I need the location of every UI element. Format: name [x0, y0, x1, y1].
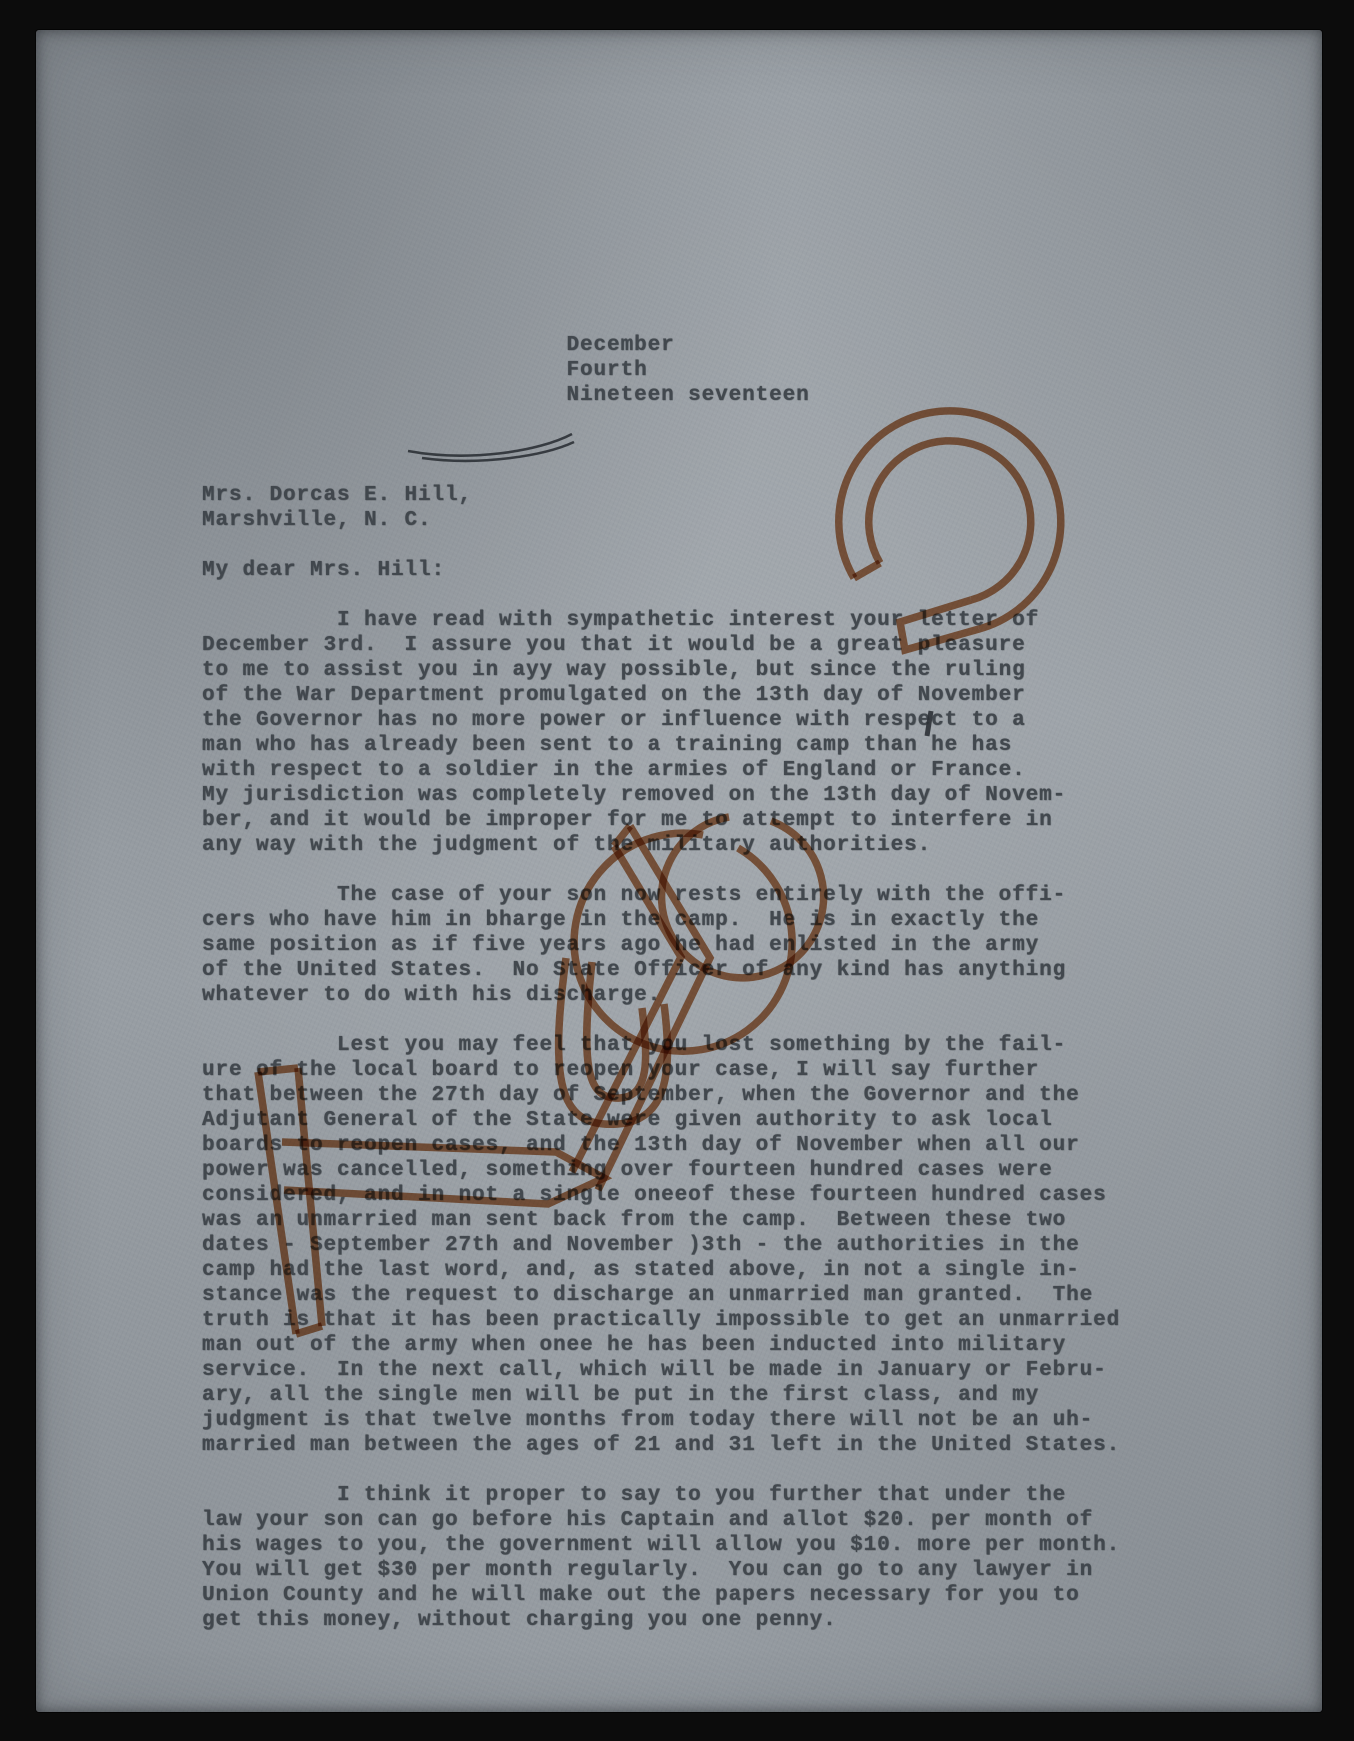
letter-line: service. In the next call, which will be… — [202, 1358, 1120, 1383]
letter-line: was an unmarried man sent back from the … — [202, 1208, 1120, 1233]
letter-line: cers who have him in bharge in the camp.… — [202, 908, 1120, 933]
letter-line — [202, 858, 1120, 883]
letter-line: Marshville, N. C. — [202, 508, 1120, 533]
letter-line — [202, 1008, 1120, 1033]
letter-line — [202, 1458, 1120, 1483]
letter-line: Lest you may feel that you lost somethin… — [202, 1033, 1120, 1058]
letter-line: any way with the judgment of the militar… — [202, 833, 1120, 858]
letter-line: his wages to you, the government will al… — [202, 1533, 1120, 1558]
letter-line — [202, 533, 1120, 558]
letter-line: December — [202, 333, 1120, 358]
letter-line: with respect to a soldier in the armies … — [202, 758, 1120, 783]
letter-line — [202, 408, 1120, 433]
letter-line: The case of your son now rests entirely … — [202, 883, 1120, 908]
letter-line: the Governor has no more power or influe… — [202, 708, 1120, 733]
letter-line: same position as if five years ago he ha… — [202, 933, 1120, 958]
letter-line: ary, all the single men will be put in t… — [202, 1383, 1120, 1408]
letter-line: man who has already been sent to a train… — [202, 733, 1120, 758]
letter-line: truth is that it has been practically im… — [202, 1308, 1120, 1333]
letter-line — [202, 458, 1120, 483]
letter-line: law your son can go before his Captain a… — [202, 1508, 1120, 1533]
letter-line: camp had the last word, and, as stated a… — [202, 1258, 1120, 1283]
letter-line: My dear Mrs. Hill: — [202, 558, 1120, 583]
letter-line: judgment is that twelve months from toda… — [202, 1408, 1120, 1433]
letter-line: You will get $30 per month regularly. Yo… — [202, 1558, 1120, 1583]
letter-line: Adjutant General of the State were given… — [202, 1108, 1120, 1133]
letter-line: get this money, without charging you one… — [202, 1608, 1120, 1633]
letter-line: of the War Department promulgated on the… — [202, 683, 1120, 708]
letter-line: stance was the request to discharge an u… — [202, 1283, 1120, 1308]
letter-line: ber, and it would be improper for me to … — [202, 808, 1120, 833]
letter-line: man out of the army when onee he has bee… — [202, 1333, 1120, 1358]
letter-line: Mrs. Dorcas E. Hill, — [202, 483, 1120, 508]
photo-background: December Fourth Nineteen seventeenMrs. D… — [0, 0, 1354, 1741]
letter-line: of the United States. No State Officer o… — [202, 958, 1120, 983]
letter-line: My jurisdiction was completely removed o… — [202, 783, 1120, 808]
letter-line — [202, 433, 1120, 458]
letter-line: boards to reopen cases, and the 13th day… — [202, 1133, 1120, 1158]
letter-line: ure of the local board to reopen your ca… — [202, 1058, 1120, 1083]
letter-line: married man between the ages of 21 and 3… — [202, 1433, 1120, 1458]
letter-line: considered, and in not a single oneeof t… — [202, 1183, 1120, 1208]
letter-line: Union County and he will make out the pa… — [202, 1583, 1120, 1608]
letter-line: to me to assist you in ayy way possible,… — [202, 658, 1120, 683]
letter-line: Nineteen seventeen — [202, 383, 1120, 408]
letter-line: whatever to do with his discharge. — [202, 983, 1120, 1008]
letter-line: I have read with sympathetic interest yo… — [202, 608, 1120, 633]
letter-line: Fourth — [202, 358, 1120, 383]
letter-line: power was cancelled, something over four… — [202, 1158, 1120, 1183]
letter-body-text: December Fourth Nineteen seventeenMrs. D… — [202, 258, 1120, 1633]
letter-line: dates - September 27th and November )3th… — [202, 1233, 1120, 1258]
letter-line — [202, 583, 1120, 608]
letter-line: that between the 27th day of September, … — [202, 1083, 1120, 1108]
letter-line: December 3rd. I assure you that it would… — [202, 633, 1120, 658]
letter-line: I think it proper to say to you further … — [202, 1483, 1120, 1508]
